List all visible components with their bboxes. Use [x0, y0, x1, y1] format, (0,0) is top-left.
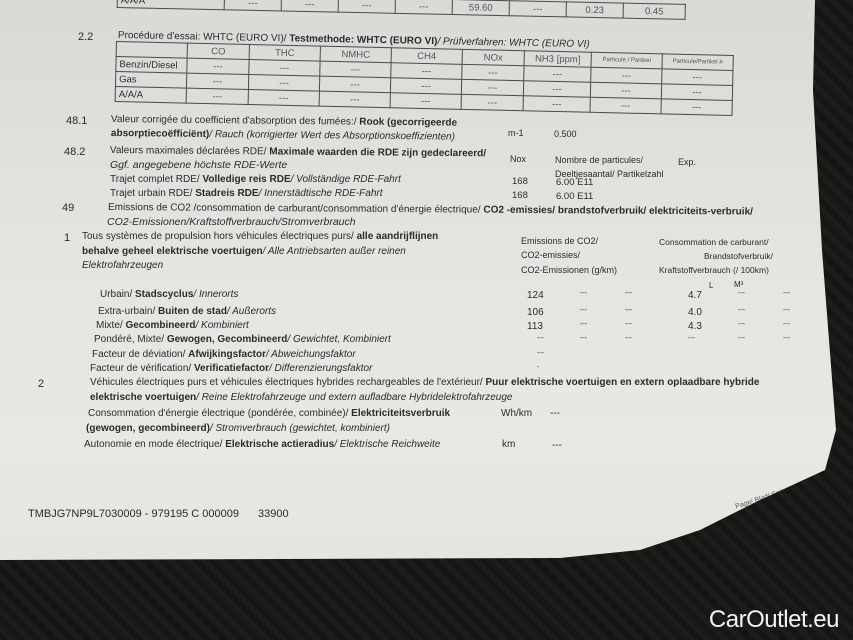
table-cell: ---: [523, 96, 590, 113]
unit-liters: L: [709, 281, 713, 290]
table-header-cell: NOx: [462, 49, 524, 65]
table-cell: ---: [248, 90, 319, 107]
table-cell: ---: [390, 78, 461, 95]
smoke-unit: m-1: [508, 128, 524, 138]
fuel-value: ---: [783, 290, 790, 297]
rde-row-label: Trajet urbain RDE/ Stadreis RDE/ Innerst…: [110, 188, 383, 200]
document-code: TMBJG7NP9L7030009 - 979195 C 000009: [28, 508, 239, 520]
rde-nox-value: 168: [512, 176, 528, 187]
table-header-cell: Particule/Partikel #: [662, 54, 733, 71]
fuel-value: ---: [738, 307, 745, 314]
section-48-1-number: 48.1: [66, 115, 87, 127]
section-48-2-line2: Ggf. angegebene höchste RDE-Werte: [110, 159, 287, 171]
table-cell: ---: [662, 69, 733, 86]
table-cell: ---: [391, 63, 462, 80]
row-label: A/A/A: [115, 86, 186, 103]
row-label: Benzin/Diesel: [116, 57, 187, 74]
electric-range-value: ---: [552, 440, 562, 451]
table-cell: ---: [661, 84, 732, 101]
table-header-cell: CO: [187, 43, 249, 59]
row-label: Gas: [115, 72, 186, 89]
fuel-value: ---: [783, 321, 790, 328]
table-cell: ---: [186, 73, 248, 89]
co2-value: ---: [625, 307, 632, 314]
co2-value: ---: [580, 321, 587, 328]
section-2-number: 2: [38, 378, 44, 390]
fuel-value: ---: [738, 335, 745, 342]
co2-value: 113: [527, 321, 543, 332]
section-1-line2: behalve geheel elektrische voertuigen/ A…: [82, 246, 406, 258]
table-header-cell: NH3 [ppm]: [524, 51, 591, 68]
table-cell: ---: [461, 94, 523, 110]
rde-exp-header: Exp.: [678, 157, 696, 167]
table-header-cell: Particule / Partikel: [591, 52, 662, 69]
table-cell: ---: [590, 97, 661, 114]
consumption-row-label: Mixte/ Gecombineerd/ Kombiniert: [96, 320, 249, 332]
co2-value: ---: [537, 335, 544, 342]
electric-consumption-unit: Wh/km: [501, 408, 532, 419]
fuel-header-2: Brandstofverbruik/: [704, 251, 773, 261]
section-48-1-line1: Valeur corrigée du coefficient d'absorpt…: [111, 114, 457, 130]
rde-row-label: Trajet complet RDE/ Volledige reis RDE/ …: [110, 174, 401, 186]
table-cell: ---: [248, 75, 319, 92]
table-header-cell: THC: [249, 45, 320, 62]
section-49-number: 49: [62, 202, 74, 214]
table-cell: ---: [523, 81, 590, 98]
section-48-2-line1: Valeurs maximales déclarées RDE/ Maximal…: [110, 145, 486, 160]
table-cell: ---: [320, 61, 391, 78]
rde-particles-header-1: Nombre de particules/: [555, 155, 643, 165]
co2-value: ---: [580, 335, 587, 342]
section-48-1-line2: absorptiecoëfficiënt)/ Rauch (korrigiert…: [111, 128, 455, 144]
section-1-line1: Tous systèmes de propulsion hors véhicul…: [82, 231, 438, 243]
fuel-value: ---: [738, 321, 745, 328]
table-cell: ---: [524, 66, 591, 83]
consumption-row-label: Facteur de déviation/ Afwijkingsfactor/ …: [92, 349, 356, 361]
fuel-value: ---: [783, 335, 790, 342]
section-49-line2: CO2-Emissionen/Kraftstoffverbrauch/Strom…: [107, 216, 356, 228]
rde-nox-value: 168: [512, 190, 528, 201]
table-cell: ---: [461, 79, 523, 95]
co2-value: ---: [580, 290, 587, 297]
table-cell: ---: [319, 76, 390, 93]
smoke-value: 0.500: [554, 129, 577, 139]
section-2-line2: elektrische voertuigen/ Reine Elektrofah…: [90, 392, 512, 404]
table-cell: ---: [462, 64, 524, 80]
co2-value: 124: [527, 290, 544, 301]
electric-consumption-value: ---: [550, 408, 560, 419]
fuel-value: ---: [688, 335, 695, 342]
section-48-2-number: 48.2: [64, 146, 85, 158]
fuel-value: 4.3: [688, 321, 702, 332]
section-1-number: 1: [64, 232, 70, 244]
co2-value: -: [537, 364, 539, 371]
fuel-value: ---: [738, 290, 745, 297]
fuel-value: 4.0: [688, 307, 702, 318]
table-cell: ---: [187, 58, 249, 74]
document-code-number: 33900: [258, 508, 289, 520]
watermark-logo: CarOutlet.eu: [709, 606, 839, 634]
co2-header-2: CO2-emissies/: [521, 250, 580, 260]
rde-nox-header: Nox: [510, 154, 526, 164]
co2-value: ---: [625, 335, 632, 342]
co2-value: ---: [625, 290, 632, 297]
table-header-cell: CH4: [391, 48, 462, 65]
electric-range-unit: km: [502, 439, 515, 450]
co2-header-3: CO2-Emissionen (g/km): [521, 265, 617, 275]
consumption-row-label: Facteur de vérification/ Verificatiefact…: [90, 363, 372, 375]
electric-consumption-line1: Consommation d'énergie électrique (pondé…: [88, 408, 450, 420]
consumption-row-label: Urbain/ Stadscyclus/ Innerorts: [100, 289, 238, 301]
table-cell: ---: [591, 67, 662, 84]
fuel-value: 4.7: [688, 290, 702, 301]
table-header-cell: NMHC: [320, 46, 391, 63]
section-2-line1: Véhicules électriques purs et véhicules …: [90, 377, 759, 389]
top-emissions-table: A/A/A --- --- --- --- 59.60 --- 0.23 0.4…: [117, 0, 686, 20]
unit-m3: M³: [734, 280, 743, 289]
section-2-2-number: 2.2: [78, 31, 93, 43]
co2-value: ---: [537, 350, 544, 357]
co2-value: 106: [527, 307, 544, 318]
table-header-cell: [116, 42, 187, 59]
electric-consumption-line2: (gewogen, gecombineerd)/ Stromverbrauch …: [86, 423, 390, 435]
test-procedure-table: COTHCNMHCCH4NOxNH3 [ppm]Particule / Part…: [115, 41, 734, 116]
table-cell: ---: [319, 91, 390, 108]
table-cell: ---: [590, 82, 661, 99]
table-cell: ---: [186, 88, 248, 104]
table-cell: ---: [390, 93, 461, 110]
electric-range-line: Autonomie en mode électrique/ Elektrisch…: [84, 439, 440, 451]
consumption-row-label: Extra-urbain/ Buiten de stad/ Außerorts: [98, 306, 276, 318]
top-table-row-label: A/A/A: [117, 0, 224, 10]
rde-particles-value: 6.00 E11: [556, 191, 593, 202]
rde-particles-value: 6.00 E11: [556, 177, 593, 188]
table-cell: ---: [249, 60, 320, 77]
table-cell: ---: [661, 99, 732, 116]
fuel-header-3: Kraftstoffverbrauch (/ 100km): [659, 265, 769, 275]
fuel-header-1: Consommation de carburant/: [659, 237, 769, 247]
fuel-value: ---: [783, 307, 790, 314]
consumption-row-label: Pondéré, Mixte/ Gewogen, Gecombineerd/ G…: [94, 334, 391, 346]
co2-value: ---: [625, 321, 632, 328]
co2-value: ---: [580, 307, 587, 314]
section-1-line3: Elektrofahrzeugen: [82, 260, 163, 272]
co2-header-1: Emissions de CO2/: [521, 236, 598, 246]
